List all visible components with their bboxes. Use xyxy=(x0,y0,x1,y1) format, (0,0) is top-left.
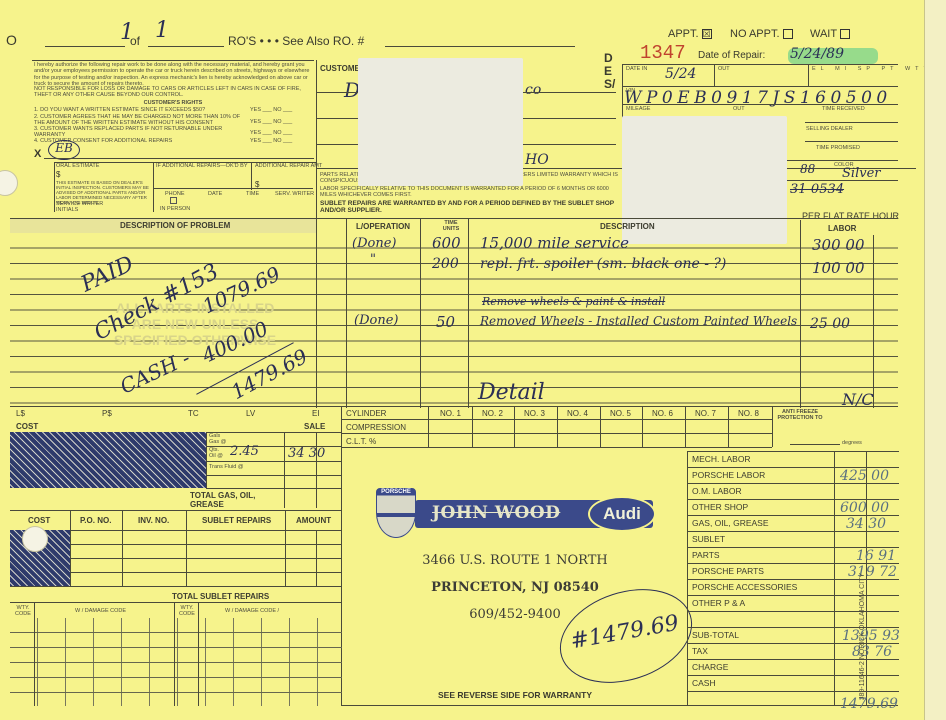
total-row-other-pa: OTHER P & A xyxy=(692,598,745,608)
right-3: 3. CUSTOMER WANTS REPLACED PARTS IF NOT … xyxy=(34,126,244,139)
punch-hole-2 xyxy=(22,526,48,552)
code-ei: EI xyxy=(312,409,320,418)
subtotal-value: 1395 93 xyxy=(842,628,900,644)
total-row-charge: CHARGE xyxy=(692,662,728,672)
clt-label: C.L.T. % xyxy=(346,437,376,446)
total-row-gog: GAS, OIL, GREASE xyxy=(692,518,769,528)
cyl-no6: NO. 6 xyxy=(652,409,673,418)
gog-value: 34 30 xyxy=(846,516,886,532)
no-appt-option[interactable]: NO APPT. xyxy=(730,28,793,40)
ros-label: RO'S • • • See Also RO. # xyxy=(228,34,364,48)
redacted-customer-info xyxy=(358,58,523,186)
total-row-tax: TAX xyxy=(692,646,708,656)
trans-fluid-label: Trans Fluid @ xyxy=(209,464,243,470)
porsche-parts-value: 319 72 xyxy=(848,564,897,580)
mileage-label: MILEAGE xyxy=(626,106,650,112)
appt-option[interactable]: APPT.☒ xyxy=(668,28,712,40)
sublet-col-cost: COST xyxy=(28,516,50,525)
oral-estimate-label: ORAL ESTIMATE xyxy=(56,163,99,169)
customer-handwriting-2: co xyxy=(525,82,541,98)
no-appt-checkbox[interactable] xyxy=(783,29,793,39)
porsche-crest-logo: PORSCHE xyxy=(376,488,416,538)
if-additional-label: IF ADDITIONAL REPAIRS—OK'D BY xyxy=(156,163,248,169)
oil-label: Oil @ xyxy=(209,453,223,459)
row2-labor: 100 00 xyxy=(812,259,865,277)
total-row-mech-labor: MECH. LABOR xyxy=(692,454,751,464)
cyl-no4: NO. 4 xyxy=(567,409,588,418)
total-row-subtotal: SUB-TOTAL xyxy=(692,630,739,640)
wait-option[interactable]: WAIT xyxy=(810,28,850,40)
printer-note: J89-11646-2 NORICK OKLAHOMA CITY xyxy=(860,573,866,700)
sublet-col-po: P.O. NO. xyxy=(80,516,111,525)
wait-label: WAIT xyxy=(810,28,837,40)
repair-order-document: O 1 of 1 RO'S • • • See Also RO. # APPT.… xyxy=(0,0,946,720)
right-2-yes-no[interactable]: YES ___ NO ___ xyxy=(250,119,292,125)
phone-checkbox[interactable] xyxy=(170,197,177,204)
antifreeze-label: ANTI FREEZE PROTECTION TO xyxy=(775,409,825,422)
total-row-porsche-parts: PORSCHE PARTS xyxy=(692,566,764,576)
oil-rate: 2.45 xyxy=(230,444,259,459)
code-lv: LV xyxy=(246,409,255,418)
oral-estimate-dollar[interactable]: $ xyxy=(56,170,60,179)
color-value: Silver xyxy=(842,166,880,181)
date-in-value: 5/24 xyxy=(665,66,696,82)
col-labor: LABOR xyxy=(828,224,856,233)
customer-rights-title: CUSTOMER'S RIGHTS xyxy=(34,100,312,106)
ro-number: 1347 xyxy=(640,42,686,64)
sublet-col-inv: INV. NO. xyxy=(138,516,169,525)
serv-writer-label: SERV. WRITER xyxy=(275,191,314,197)
gog-cost-label: COST xyxy=(16,422,38,431)
col-description: DESCRIPTION xyxy=(600,222,655,231)
grand-total-value: 1479.69 xyxy=(840,696,898,712)
row5-desc: Detail xyxy=(478,380,545,405)
plate-value: 31-0534 xyxy=(790,182,844,197)
date-of-repair-label: Date of Repair: xyxy=(698,50,765,61)
col-time-units: TIME UNITS xyxy=(436,220,466,233)
other-shop-value: 600 00 xyxy=(840,500,889,516)
authorization-text: I hereby authorize the following repair … xyxy=(34,62,312,87)
row2-time: 200 xyxy=(432,256,459,272)
mileage-out-label: OUT xyxy=(733,106,745,112)
labor-warranty-text: LABOR SPECIFICALLY RELATIVE TO THIS DOCU… xyxy=(320,186,620,199)
date-in-label: DATE IN xyxy=(626,66,647,72)
total-row-porsche-labor: PORSCHE LABOR xyxy=(692,470,765,480)
page-edge xyxy=(924,0,946,720)
des-label: D E S/ xyxy=(604,52,618,91)
right-3-yes-no[interactable]: YES ___ NO ___ xyxy=(250,130,292,136)
row4-lop: (Done) xyxy=(354,313,398,328)
compression-label: COMPRESSION xyxy=(346,423,406,432)
total-gog-label: TOTAL GAS, OIL, GREASE xyxy=(190,491,280,509)
vin-value: WP0EB0917JS160500 xyxy=(624,88,892,108)
code-tc: TC xyxy=(188,409,199,418)
additional-amt-label: ADDITIONAL REPAIR AMT xyxy=(255,163,322,169)
total-row-om-labor: O.M. LABOR xyxy=(692,486,742,496)
service-writer-initials: SERVICE WRITER INITIALS xyxy=(56,201,126,214)
damage-code-grid[interactable] xyxy=(10,618,342,706)
additional-amt-dollar[interactable]: $ xyxy=(255,180,259,189)
sublet-col-repairs: SUBLET REPAIRS xyxy=(202,516,271,525)
warranty-note: SEE REVERSE SIDE FOR WARRANTY xyxy=(340,690,690,700)
row1-desc: 15,000 mile service xyxy=(480,234,629,252)
selling-dealer-label: SELLING DEALER xyxy=(806,126,853,132)
row3-desc-struck: Remove wheels & paint & install xyxy=(482,295,665,308)
code-ps: P$ xyxy=(102,409,112,418)
damage-code-label-2: W / DAMAGE CODE / xyxy=(225,608,279,614)
tax-value: 83 76 xyxy=(852,644,892,660)
audi-logo: Audi xyxy=(588,496,656,532)
porsche-labor-value: 425 00 xyxy=(840,468,889,484)
gas-label: Gas @ xyxy=(209,439,226,445)
cyl-no2: NO. 2 xyxy=(482,409,503,418)
wty-code-label-1: WTY. CODE xyxy=(12,605,34,618)
signature-x: X xyxy=(34,148,41,160)
time-label: TIME xyxy=(246,191,259,197)
parts-value: 16 91 xyxy=(856,548,896,564)
cylinder-label: CYLINDER xyxy=(346,409,386,418)
row2-lop: " xyxy=(370,252,376,267)
row2-desc: repl. frt. spoiler (sm. black one - ?) xyxy=(480,256,726,272)
total-row-cash: CASH xyxy=(692,678,716,688)
appt-label: APPT. xyxy=(668,28,699,40)
cost-screen-pattern xyxy=(10,432,206,488)
degrees-label: degrees xyxy=(842,440,862,446)
of-label: of xyxy=(130,34,140,48)
right-1: 1. DO YOU WANT A WRITTEN ESTIMATE SINCE … xyxy=(34,107,234,113)
dealer-name: JOHN WOOD xyxy=(432,503,560,523)
total-row-parts: PARTS xyxy=(692,550,720,560)
right-2: 2. CUSTOMER AGREES THAT HE MAY BE CHARGE… xyxy=(34,114,244,127)
date-of-repair-value: 5/24/89 xyxy=(790,46,844,62)
total-row-porsche-accessories: PORSCHE ACCESSORIES xyxy=(692,582,797,592)
not-responsible-text: NOT RESPONSIBLE FOR LOSS OR DAMAGE TO CA… xyxy=(34,86,312,99)
sublet-warranty-text: SUBLET REPAIRS ARE WARRANTED BY AND FOR … xyxy=(320,200,620,214)
punch-hole xyxy=(0,170,18,196)
cyl-no1: NO. 1 xyxy=(440,409,461,418)
ro-prefix: O xyxy=(6,32,17,48)
cyl-no7: NO. 7 xyxy=(695,409,716,418)
row4-desc: Removed Wheels - Installed Custom Painte… xyxy=(480,312,820,330)
in-person-label: IN PERSON xyxy=(160,206,190,212)
signature-initials[interactable]: EB xyxy=(48,140,80,160)
row1-time: 600 xyxy=(432,234,461,252)
cyl-no8: NO. 8 xyxy=(738,409,759,418)
description-of-problem-header: DESCRIPTION OF PROBLEM xyxy=(120,221,230,230)
gog-sale-label: SALE xyxy=(304,422,325,431)
date-out-label: OUT xyxy=(718,66,730,72)
per-flat-rate-hour: PER FLAT RATE HOUR xyxy=(802,211,899,221)
damage-code-label-1: W / DAMAGE CODE xyxy=(75,608,126,614)
sublet-col-amount: AMOUNT xyxy=(296,516,331,525)
total-row-sublet: SUBLET xyxy=(692,534,725,544)
customer-handwriting-3: HO xyxy=(525,152,549,168)
col-lop: L/OPERATION xyxy=(356,222,410,231)
appt-checkbox[interactable]: ☒ xyxy=(702,29,712,39)
of-value: 1 xyxy=(155,18,169,43)
time-promised-label: TIME PROMISED xyxy=(816,145,860,151)
model-year-value: 88 xyxy=(800,162,815,176)
row1-labor: 300 00 xyxy=(812,236,865,254)
dealer-address-1: 3466 U.S. ROUTE 1 NORTH xyxy=(340,553,690,568)
total-sublet-label: TOTAL SUBLET REPAIRS xyxy=(172,592,269,601)
no-appt-label: NO APPT. xyxy=(730,28,780,40)
wty-code-label-2: WTY. CODE xyxy=(176,605,198,618)
row1-lop: (Done) xyxy=(352,236,396,251)
oil-sale: 34 30 xyxy=(288,446,325,461)
wait-checkbox[interactable] xyxy=(840,29,850,39)
right-1-yes-no[interactable]: YES ___ NO ___ xyxy=(250,107,292,113)
date-label: DATE xyxy=(208,191,222,197)
cyl-no3: NO. 3 xyxy=(524,409,545,418)
cyl-no5: NO. 5 xyxy=(610,409,631,418)
service-flags: EL MI SP PT WTY xyxy=(812,66,932,72)
code-ls: L$ xyxy=(16,409,25,418)
time-received-label: TIME RECEIVED xyxy=(822,106,865,112)
total-row-other-shop: OTHER SHOP xyxy=(692,502,748,512)
right-4-yes-no[interactable]: YES ___ NO ___ xyxy=(250,138,292,144)
row4-labor: 25 00 xyxy=(810,316,850,332)
row4-time: 50 xyxy=(436,313,455,331)
